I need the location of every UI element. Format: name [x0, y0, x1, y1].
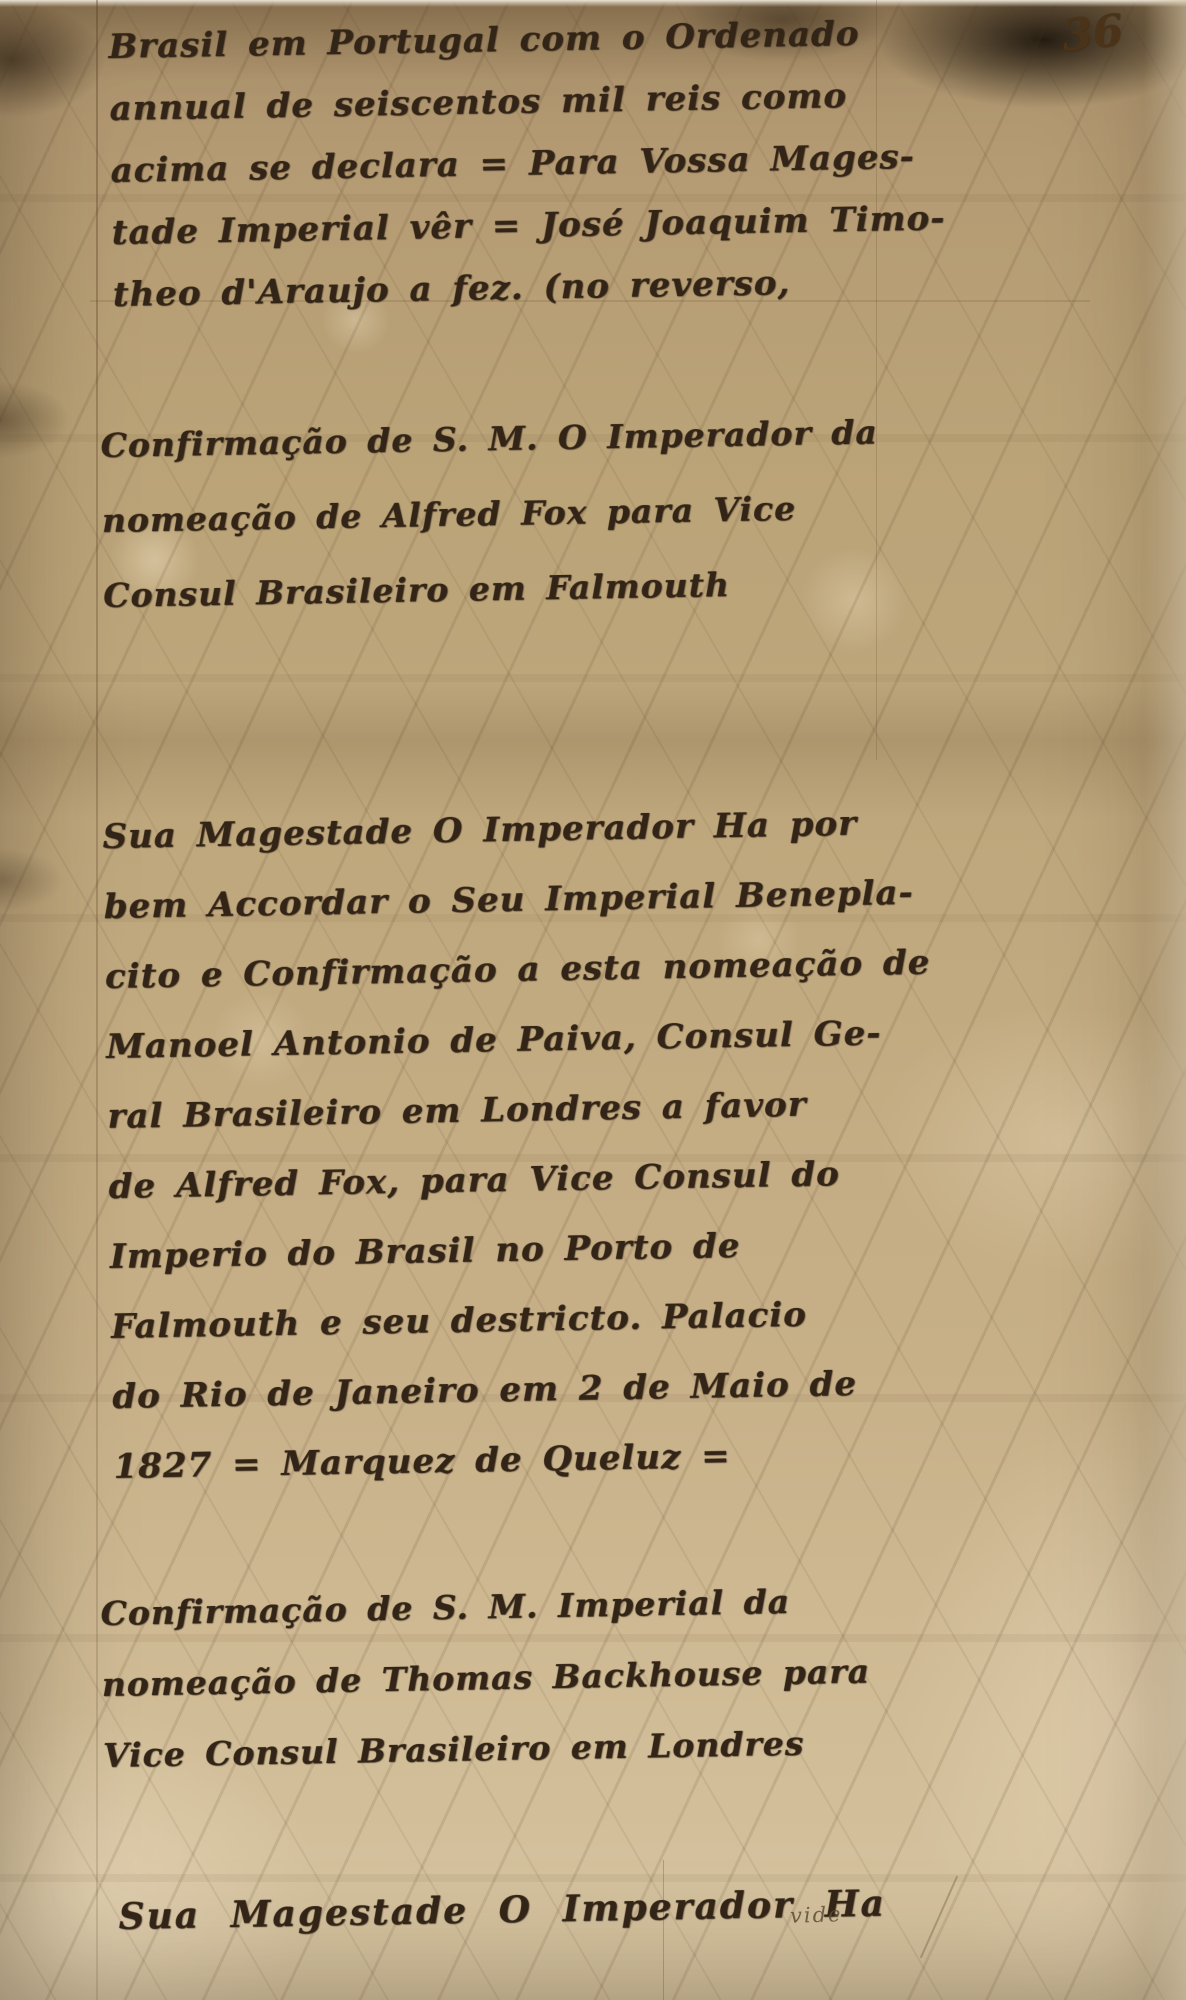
page-number: 36: [1060, 5, 1126, 62]
manuscript-line: Consul Brasileiro em Falmouth: [103, 544, 881, 633]
manuscript-line: Vice Consul Brasileiro em Londres: [102, 1707, 871, 1791]
entry-body-londres-start: Sua Magestade O Imperador Ha: [118, 1869, 886, 1952]
manuscript-line: nomeação de Alfred Fox para Vice: [101, 469, 879, 558]
entry-heading-londres: Confirmação de S. M. Imperial da nomeaçã…: [100, 1565, 872, 1791]
manuscript-line: Confirmação de S. M. Imperial da: [100, 1565, 869, 1649]
margin-note-vide: vide: [790, 1902, 843, 1928]
entry-body-falmouth: Sua Magestade O Imperador Ha por bem Acc…: [102, 788, 939, 1502]
manuscript-line: theo d'Araujo a fez. (no reverso,: [112, 249, 947, 326]
continuation-paragraph: Brasil em Portugal com o Ordenado annual…: [108, 1, 947, 326]
manuscript-line: nomeação de Thomas Backhouse para: [101, 1636, 870, 1720]
pencil-stroke-mark: [920, 1875, 958, 1958]
manuscript-line: 1827 = Marquez de Queluz =: [113, 1417, 939, 1501]
paper-edge-top: [0, 0, 1186, 7]
manuscript-page: 36 Brasil em Portugal com o Ordenado ann…: [0, 0, 1186, 2000]
entry-heading-falmouth: Confirmação de S. M. O Imperador da nome…: [100, 394, 881, 633]
manuscript-line: Confirmação de S. M. O Imperador da: [100, 394, 878, 483]
paper-edge-right: [1144, 0, 1186, 2000]
manuscript-line: Sua Magestade O Imperador Ha: [118, 1869, 886, 1952]
